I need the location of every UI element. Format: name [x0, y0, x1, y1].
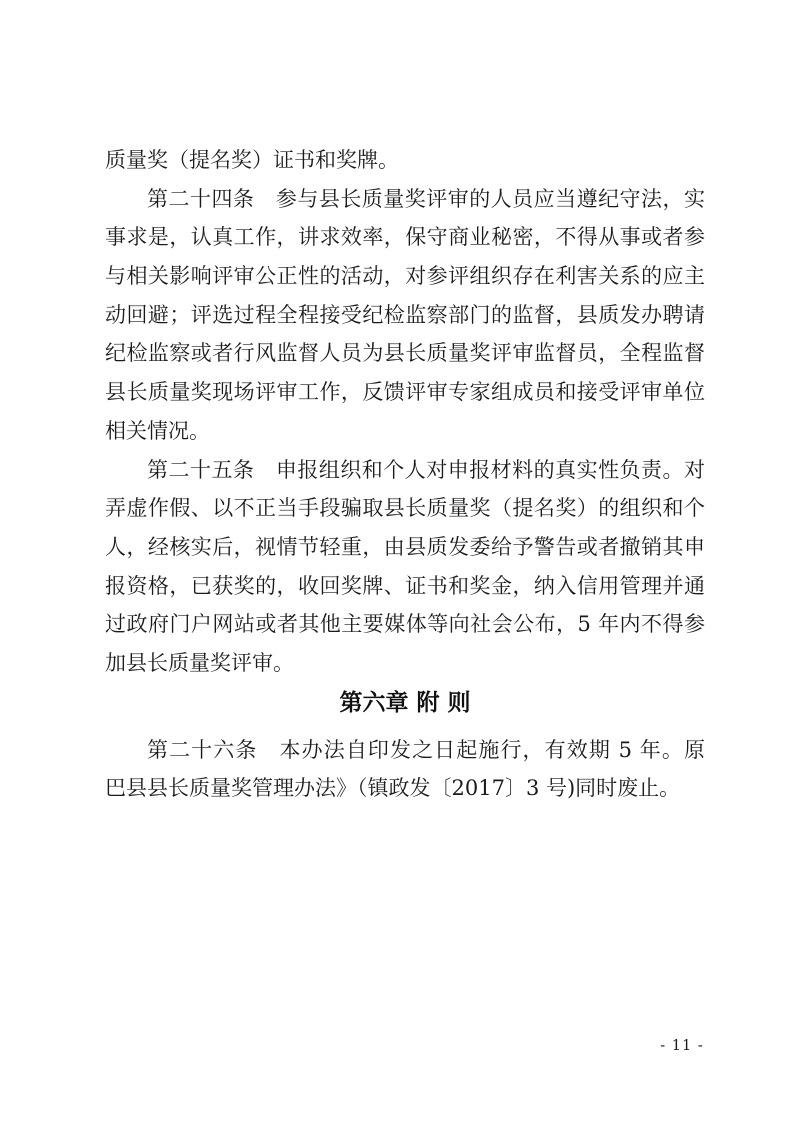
text-line: 巴县县长质量奖管理办法》（镇政发〔2017〕3 号)同时废止。: [105, 769, 705, 808]
text-line: 第二十四条 参与县长质量奖评审的人员应当遵纪守法，实: [105, 180, 705, 219]
text-line: 县长质量奖现场评审工作，反馈评审专家组成员和接受评审单位: [105, 373, 705, 412]
text-line: 纪检监察或者行风监督人员为县长质量奖评审监督员，全程监督: [105, 334, 705, 373]
text-line: 第二十六条 本办法自印发之日起施行，有效期 5 年。原《镇: [105, 731, 705, 770]
text-line: 过政府门户网站或者其他主要媒体等向社会公布，5 年内不得参: [105, 605, 705, 644]
document-page: { "page": { "background": "#ffffff", "te…: [0, 0, 793, 1122]
text-line: 质量奖（提名奖）证书和奖牌。: [105, 141, 705, 180]
text-line: 弄虚作假、以不正当手段骗取县长质量奖（提名奖）的组织和个: [105, 489, 705, 528]
text-line: 报资格，已获奖的，收回奖牌、证书和奖金，纳入信用管理并通: [105, 567, 705, 606]
text-line: 第二十五条 申报组织和个人对申报材料的真实性负责。对: [105, 451, 705, 490]
text-line: 相关情况。: [105, 412, 705, 451]
text-line: 动回避；评选过程全程接受纪检监察部门的监督，县质发办聘请: [105, 296, 705, 335]
text-line: 人，经核实后，视情节轻重，由县质发委给予警告或者撤销其申: [105, 528, 705, 567]
page-number: - 11 -: [652, 1036, 712, 1056]
chapter-heading: 第六章 附 则: [105, 683, 705, 731]
document-body: 质量奖（提名奖）证书和奖牌。第二十四条 参与县长质量奖评审的人员应当遵纪守法，实…: [105, 141, 705, 808]
text-line: 与相关影响评审公正性的活动，对参评组织存在利害关系的应主: [105, 257, 705, 296]
text-line: 事求是，认真工作，讲求效率，保守商业秘密，不得从事或者参: [105, 218, 705, 257]
text-line: 加县长质量奖评审。: [105, 644, 705, 683]
